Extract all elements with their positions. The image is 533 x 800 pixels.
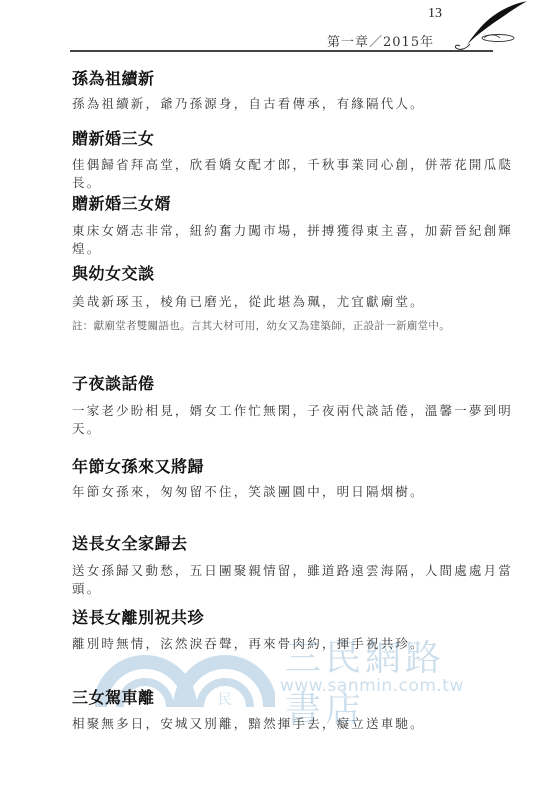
poem-note: 註：獻廟堂者雙關語也。言其大材可用，幼女又為建築師，正設計一新廟堂中。 bbox=[72, 318, 450, 333]
watermark-url: www.sanmin.com.tw bbox=[280, 676, 464, 696]
poem-title: 贈新婚三女婿 bbox=[72, 191, 171, 214]
poem-title: 孫為祖續新 bbox=[72, 66, 155, 89]
poem-body: 送女孫歸又動愁，五日團聚親情留，雖道路遠雲海隔，人間處處月當頭。 bbox=[72, 561, 533, 597]
running-head: 第一章／2015年 bbox=[327, 31, 434, 50]
poem-body: 一家老少盼相見，婿女工作忙無閑，子夜兩代談話倦，溫馨一夢到明天。 bbox=[72, 401, 533, 437]
poem-title: 三女駕車離 bbox=[72, 685, 155, 708]
poem-body: 年節女孫來，匆匆留不住，笑談團圓中，明日隔烟樹。 bbox=[72, 482, 425, 500]
poem-body: 佳偶歸省拜高堂，欣看嬌女配才郎，千秋事業同心創，併蒂花開瓜瓞長。 bbox=[72, 155, 533, 191]
poem-title: 年節女孫來又將歸 bbox=[72, 454, 204, 477]
poem-title: 贈新婚三女 bbox=[72, 126, 155, 149]
poem-body: 相聚無多日，安城又別離，黯然揮手去，癡立送車馳。 bbox=[72, 714, 425, 732]
poem-title: 與幼女交談 bbox=[72, 261, 155, 284]
header-rule bbox=[70, 50, 493, 52]
poem-title: 子夜談話倦 bbox=[72, 371, 155, 394]
poem-title: 送長女離別祝共珍 bbox=[72, 605, 204, 628]
poem-body: 東床女婿志非常，紐約奮力闖市場，拼搏獲得東主喜，加薪晉紀創輝煌。 bbox=[72, 221, 533, 257]
poem-body: 孫為祖續新，爺乃孫源身，自古看傳承，有緣隔代人。 bbox=[72, 94, 425, 112]
quill-pen-icon bbox=[440, 0, 530, 52]
poem-title: 送長女全家歸去 bbox=[72, 531, 188, 554]
poem-body: 離別時無情，泫然淚吞聲，再來骨肉約，揮手祝共珍。 bbox=[72, 634, 425, 652]
svg-text:民: 民 bbox=[218, 692, 232, 707]
poem-body: 美哉新琢玉，棱角已磨光，從此堪為珮，尤宜獻廟堂。 bbox=[72, 292, 425, 310]
